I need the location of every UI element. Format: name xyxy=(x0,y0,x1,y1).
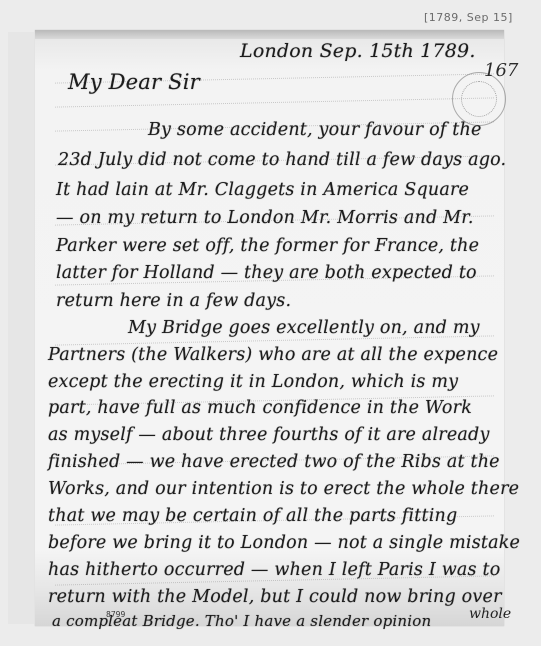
letter-line: finished — we have erected two of the Ri… xyxy=(48,452,500,472)
page-top-edge xyxy=(35,30,504,39)
letter-dateline: London Sep. 15th 1789. xyxy=(240,40,476,62)
letter-line: It had lain at Mr. Claggets in America S… xyxy=(56,180,469,200)
letter-line: latter for Holland — they are both expec… xyxy=(56,263,477,283)
letter-line: before we bring it to London — not a sin… xyxy=(48,533,520,553)
letter-line: return with the Model, but I could now b… xyxy=(48,587,502,607)
letter-line: — on my return to London Mr. Morris and … xyxy=(56,208,474,228)
letter-line: My Bridge goes excellently on, and my xyxy=(128,318,480,338)
letter-line: that we may be certain of all the parts … xyxy=(48,506,457,526)
folio-number: 167 xyxy=(484,60,518,81)
letter-line: By some accident, your favour of the xyxy=(148,120,482,140)
catalog-number: 8799 xyxy=(106,610,125,619)
letter-line: part, have full as much confidence in th… xyxy=(48,398,472,418)
catchword: whole xyxy=(469,606,511,622)
letter-line: Works, and our intention is to erect the… xyxy=(48,479,519,499)
letter-line: has hitherto occurred — when I left Pari… xyxy=(48,560,500,580)
letter-line: return here in a few days. xyxy=(56,291,291,311)
letter-salutation: My Dear Sir xyxy=(68,70,200,94)
letter-line: Partners (the Walkers) who are at all th… xyxy=(48,345,498,365)
letter-line: as myself — about three fourths of it ar… xyxy=(48,425,490,445)
scan-left-margin xyxy=(8,32,34,624)
archive-date-annotation: [1789, Sep 15] xyxy=(424,11,513,24)
letter-line: Parker were set off, the former for Fran… xyxy=(56,236,479,256)
letter-line: except the erecting it in London, which … xyxy=(48,372,458,392)
letter-line: 23d July did not come to hand till a few… xyxy=(58,150,506,170)
